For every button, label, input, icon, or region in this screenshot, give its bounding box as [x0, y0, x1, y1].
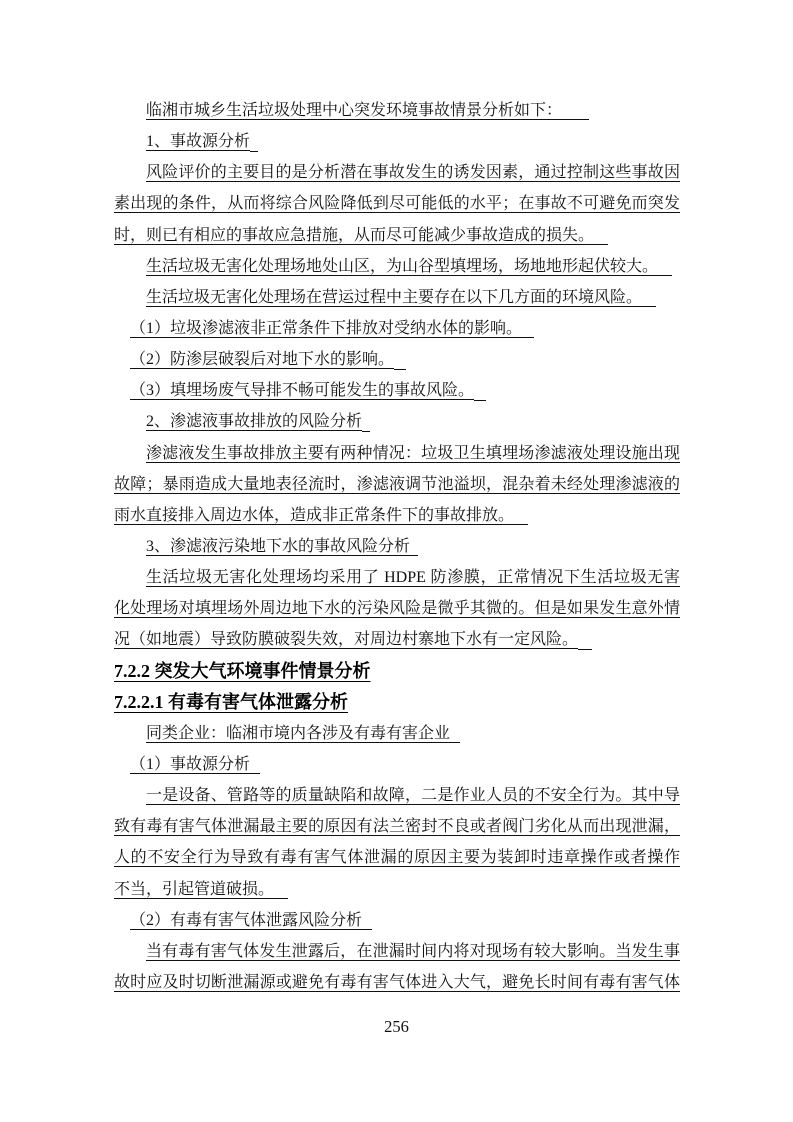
text-line: 雨水直接排入周边水体，造成非正常条件下的事故排放。 — [114, 500, 680, 531]
heading-line: 7.2.2 突发大气环境事件情景分析 — [114, 656, 680, 687]
underline-tail — [410, 550, 418, 556]
text-line: 素出现的条件，从而将综合风险降低到尽可能低的水平；在事故不可避免而突发 — [114, 188, 680, 219]
text-line: 渗滤液发生事故排放主要有两种情况：垃圾卫生填埋场渗滤液处理设施出现 — [114, 438, 680, 469]
underline-tail — [274, 893, 288, 899]
text-line: （2）防渗层破裂后对地下水的影响。 — [114, 344, 680, 375]
underline-tail — [394, 363, 406, 369]
text-line: 故障；暴雨造成大量地表径流时，渗滤液调节池溢坝，混杂着未经处理渗滤液的 — [114, 469, 680, 500]
text-line: 况（如地震）导致防膜破裂失效，对周边村寨地下水有一定风险。 — [114, 624, 680, 655]
text-line: （3）填埋场废气导排不畅可能发生的事故风险。 — [114, 375, 680, 406]
underline-tail — [362, 425, 370, 431]
text-line: 同类企业：临湘市境内各涉及有毒有害企业 — [114, 718, 680, 749]
text-line: 人的不安全行为导致有毒有害气体泄漏的原因主要为装卸时违章操作或者操作 — [114, 842, 680, 873]
underline-tail — [594, 239, 608, 245]
text-line: （1）垃圾渗滤液非正常条件下排放对受纳水体的影响。 — [114, 313, 680, 344]
underline-tail — [250, 768, 260, 774]
underline-tail — [642, 301, 656, 307]
heading-line: 7.2.2.1 有毒有害气体泄露分析 — [114, 687, 680, 718]
underline-tail — [362, 924, 372, 930]
underline-tail — [578, 643, 592, 649]
text-line: 不当，引起管道破损。 — [114, 874, 680, 905]
underline-tail — [522, 332, 534, 338]
text-line: 3、渗滤液污染地下水的事故风险分析 — [114, 531, 680, 562]
text-line: 故时应及时切断泄漏源或避免有毒有害气体进入大气，避免长时间有毒有害气体 — [114, 967, 680, 998]
text-line: 当有毒有害气体发生泄露后，在泄漏时间内将对现场有较大影响。当发生事 — [114, 936, 680, 967]
text-line: 2、渗滤液事故排放的风险分析 — [114, 406, 680, 437]
underline-tail — [474, 394, 486, 400]
text-line: 1、事故源分析 — [114, 126, 680, 157]
text-line: 生活垃圾无害化处理场在营运过程中主要存在以下几方面的环境风险。 — [114, 282, 680, 313]
underline-tail — [658, 270, 672, 276]
text-line: 生活垃圾无害化处理场地处山区，为山谷型填埋场，场地地形起伏较大。 — [114, 251, 680, 282]
text-line: 临湘市城乡生活垃圾处理中心突发环境事故情景分析如下： — [114, 95, 680, 126]
underline-tail — [250, 145, 258, 151]
text-line: 一是设备、管路等的质量缺陷和故障，二是作业人员的不安全行为。其中导 — [114, 780, 680, 811]
text-line: （2）有毒有害气体泄露风险分析 — [114, 905, 680, 936]
page-number: 256 — [0, 1017, 793, 1037]
text-line: 生活垃圾无害化处理场均采用了 HDPE 防渗膜，正常情况下生活垃圾无害 — [114, 562, 680, 593]
text-line: 致有毒有害气体泄漏最主要的原因有法兰密封不良或者阀门劣化从而出现泄漏， — [114, 811, 680, 842]
underline-tail — [514, 519, 528, 525]
text-line: 风险评价的主要目的是分析潜在事故发生的诱发因素，通过控制这些事故因 — [114, 157, 680, 188]
document-page: 临湘市城乡生活垃圾处理中心突发环境事故情景分析如下：1、事故源分析风险评价的主要… — [0, 0, 793, 1122]
underline-tail — [562, 114, 589, 120]
document-body: 临湘市城乡生活垃圾处理中心突发环境事故情景分析如下：1、事故源分析风险评价的主要… — [114, 95, 680, 998]
underline-tail — [450, 737, 460, 743]
text-line: 化处理场对填埋场外周边地下水的污染风险是微乎其微的。但是如果发生意外情 — [114, 593, 680, 624]
text-line: 时，则已有相应的事故应急措施，从而尽可能减少事故造成的损失。 — [114, 220, 680, 251]
text-line: （1）事故源分析 — [114, 749, 680, 780]
